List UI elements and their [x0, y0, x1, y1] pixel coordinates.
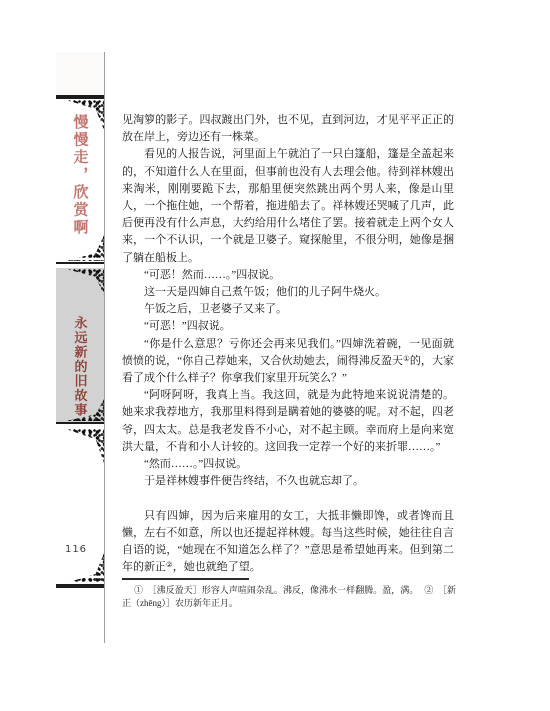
book-page: 慢慢走，欣赏啊 永远新的旧故事 116 见淘箩的影子。四叔踱出门外，也不见，直到…: [0, 0, 550, 711]
paragraph: 看见的人报告说，河里面上午就泊了一只白篷船，篷是全盖起来的，不知道什么人在里面，…: [122, 146, 454, 266]
sidebar-bottom-bar: [56, 584, 104, 588]
corner-ornament-icon: [66, 269, 104, 295]
paragraph: 于是祥林嫂事件便告终结，不久也就忘却了。: [122, 473, 454, 490]
corner-ornament-icon: [66, 429, 104, 463]
paragraph: 只有四婶，因为后来雇用的女工，大抵非懒即馋，或者馋而且懒，左右不如意，所以也还提…: [122, 508, 454, 577]
body-text: 见淘箩的影子。四叔踱出门外，也不见，直到河边，才见平平正正的放在岸上，旁边还有一…: [122, 112, 454, 576]
paragraph: “可恶！然而……。”四叔说。: [122, 267, 454, 284]
page-edge-line: [104, 52, 105, 643]
unit-title: 慢慢走，欣赏啊: [70, 114, 91, 237]
paragraph: “你是什么意思？亏你还会再来见我们。”四婶洗着碗，一见面就愤愤的说，“你自己荐她…: [122, 336, 454, 388]
page-number: 116: [56, 544, 96, 555]
paragraph: 见淘箩的影子。四叔踱出门外，也不见，直到河边，才见平平正正的放在岸上，旁边还有一…: [122, 112, 454, 146]
story-title-block: 永远新的旧故事: [56, 268, 104, 422]
footnote-rule: [122, 578, 249, 580]
footnote-ref: ②: [166, 560, 173, 569]
sidebar: 慢慢走，欣赏啊 永远新的旧故事 116: [56, 52, 104, 588]
footnotes: ① ［沸反盈天］形容人声喧闹杂乱。沸反，像沸水一样翻腾。盈，满。② ［新正（zh…: [122, 584, 456, 609]
corner-ornament-icon: [66, 553, 104, 583]
unit-title-block: 慢慢走，欣赏啊: [56, 99, 104, 262]
paragraph: 这一天是四婶自己煮午饭；他们的儿子阿牛烧火。: [122, 284, 454, 301]
footnote-ref: ①: [403, 354, 410, 363]
story-title: 永远新的旧故事: [71, 316, 90, 418]
corner-ornament-icon: [66, 235, 104, 261]
sidebar-margin-area: [56, 52, 104, 95]
page-number-block: 116: [56, 428, 104, 584]
paragraph: “可恶！”四叔说。: [122, 318, 454, 335]
footnote: ① ［沸反盈天］形容人声喧闹杂乱。沸反，像沸水一样翻腾。盈，满。: [134, 585, 418, 595]
paragraph: “然而……。”四叔说。: [122, 456, 454, 473]
paragraph: 午饭之后，卫老婆子又来了。: [122, 301, 454, 318]
paragraph: “阿呀阿呀，我真上当。我这回，就是为此特地来说说清楚的。她来求我荐地方，我那里料…: [122, 387, 454, 456]
